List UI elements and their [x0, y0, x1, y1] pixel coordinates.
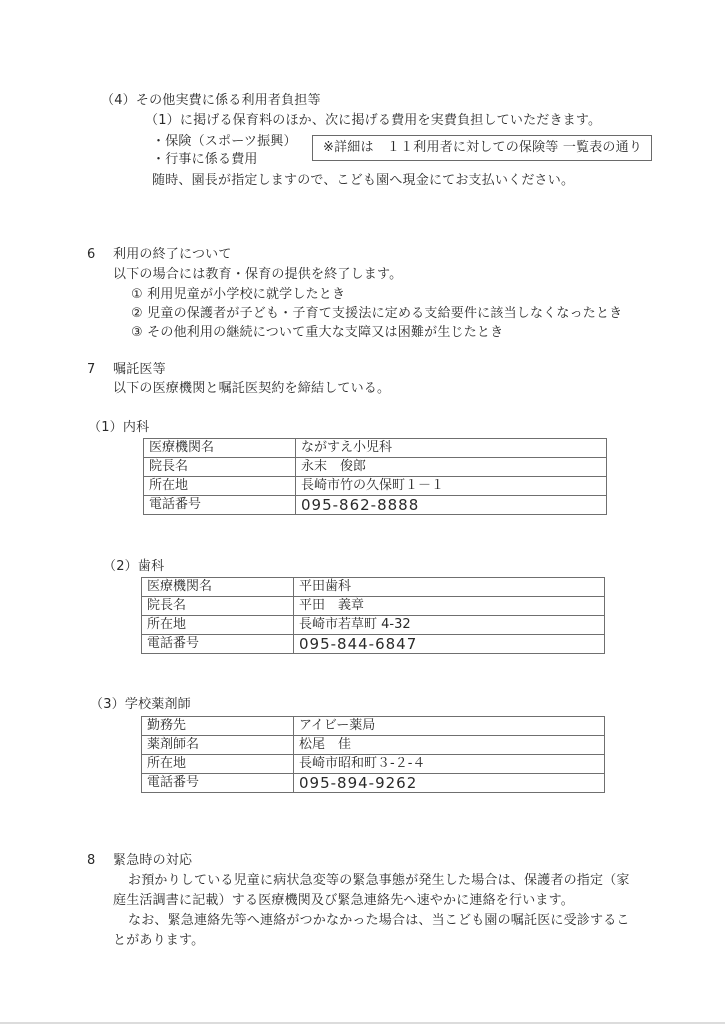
row-value: 095-894-9262: [294, 774, 605, 793]
row-value: 長崎市昭和町３-２-４: [294, 755, 605, 774]
row-label: 電話番号: [144, 496, 296, 515]
table-row: 電話番号095-894-9262: [142, 774, 605, 793]
table-dental: 医療機関名平田歯科 院長名平田 義章 所在地長崎市若草町 4-32 電話番号09…: [141, 577, 605, 654]
row-label: 電話番号: [142, 635, 294, 654]
row-label: 薬剤師名: [142, 736, 294, 755]
row-label: 所在地: [142, 755, 294, 774]
row-label: 医療機関名: [144, 439, 296, 458]
table-internal-medicine: 医療機関名ながすえ小児科 院長名永末 俊郎 所在地長崎市竹の久保町１－１ 電話番…: [143, 438, 607, 515]
table-row: 医療機関名ながすえ小児科: [144, 439, 607, 458]
row-label: 勤務先: [142, 717, 294, 736]
section6-item-3: ③ その他利用の継続について重大な支障又は困難が生じたとき: [131, 325, 503, 341]
section8-para1-line2: 庭生活調書に記載）する医療機関及び緊急連絡先へ速やかに連絡を行います。: [113, 893, 574, 909]
section6-number: 6: [87, 247, 95, 263]
row-label: 所在地: [144, 477, 296, 496]
row-value: 095-862-8888: [296, 496, 607, 515]
table-row: 院長名平田 義章: [142, 597, 605, 616]
table-pharmacist: 勤務先アイビー薬局 薬剤師名松尾 佳 所在地長崎市昭和町３-２-４ 電話番号09…: [141, 716, 605, 793]
section7-number: 7: [87, 362, 95, 378]
section7-heading: 嘱託医等: [113, 362, 166, 378]
table-row: 電話番号095-862-8888: [144, 496, 607, 515]
row-value: 長崎市竹の久保町１－１: [296, 477, 607, 496]
section7-intro: 以下の医療機関と嘱託医契約を締結している。: [113, 381, 390, 397]
row-label: 院長名: [142, 597, 294, 616]
table-row: 勤務先アイビー薬局: [142, 717, 605, 736]
section8-para2-line1: なお、緊急連絡先等へ連絡がつかなかった場合は、当こども園の嘱託医に受診するこ: [128, 913, 630, 929]
section8-para1-line1: お預かりしている児童に病状急変等の緊急事態が発生した場合は、保護者の指定（家: [128, 873, 630, 889]
row-value: 平田 義章: [294, 597, 605, 616]
section8-number: 8: [87, 853, 95, 869]
table-row: 所在地長崎市竹の久保町１－１: [144, 477, 607, 496]
table-row: 電話番号095-844-6847: [142, 635, 605, 654]
row-value: アイビー薬局: [294, 717, 605, 736]
table-row: 医療機関名平田歯科: [142, 578, 605, 597]
row-label: 電話番号: [142, 774, 294, 793]
row-value: 095-844-6847: [294, 635, 605, 654]
row-value: 平田歯科: [294, 578, 605, 597]
row-value: ながすえ小児科: [296, 439, 607, 458]
table-internal-medicine-title: （1）内科: [88, 420, 149, 436]
table-row: 院長名永末 俊郎: [144, 458, 607, 477]
section6-intro: 以下の場合には教育・保育の提供を終了します。: [113, 267, 402, 283]
table-row: 所在地長崎市若草町 4-32: [142, 616, 605, 635]
section6-item-1: ① 利用児童が小学校に就学したとき: [131, 287, 345, 303]
row-value: 永末 俊郎: [296, 458, 607, 477]
row-label: 院長名: [144, 458, 296, 477]
section4-item-events: ・行事に係る費用: [152, 152, 258, 168]
note-box-text: ※詳細は １１利用者に対しての保険等 一覧表の通り: [323, 140, 642, 156]
section6-heading: 利用の終了について: [113, 247, 232, 263]
table-pharmacist-title: （3）学校薬剤師: [90, 697, 191, 713]
section4-payment: 随時、園長が指定しますので、こども園へ現金にてお支払いください。: [152, 173, 574, 189]
section6-item-2: ② 児童の保護者が子ども・子育て支援法に定める支給要件に該当しなくなったとき: [131, 306, 622, 322]
section4-heading: （4）その他実費に係る利用者負担等: [101, 93, 321, 109]
section4-item-insurance: ・保険（スポーツ振興）: [152, 134, 297, 150]
row-label: 所在地: [142, 616, 294, 635]
row-label: 医療機関名: [142, 578, 294, 597]
section8-para2-line2: とがあります。: [113, 933, 204, 949]
table-dental-title: （2）歯科: [103, 559, 164, 575]
note-box: ※詳細は １１利用者に対しての保険等 一覧表の通り: [312, 135, 652, 161]
row-value: 松尾 佳: [294, 736, 605, 755]
section4-intro: （1）に掲げる保育料のほか、次に掲げる費用を実費負担していただきます。: [145, 113, 601, 129]
table-row: 薬剤師名松尾 佳: [142, 736, 605, 755]
section8-heading: 緊急時の対応: [113, 853, 192, 869]
table-row: 所在地長崎市昭和町３-２-４: [142, 755, 605, 774]
row-value: 長崎市若草町 4-32: [294, 616, 605, 635]
